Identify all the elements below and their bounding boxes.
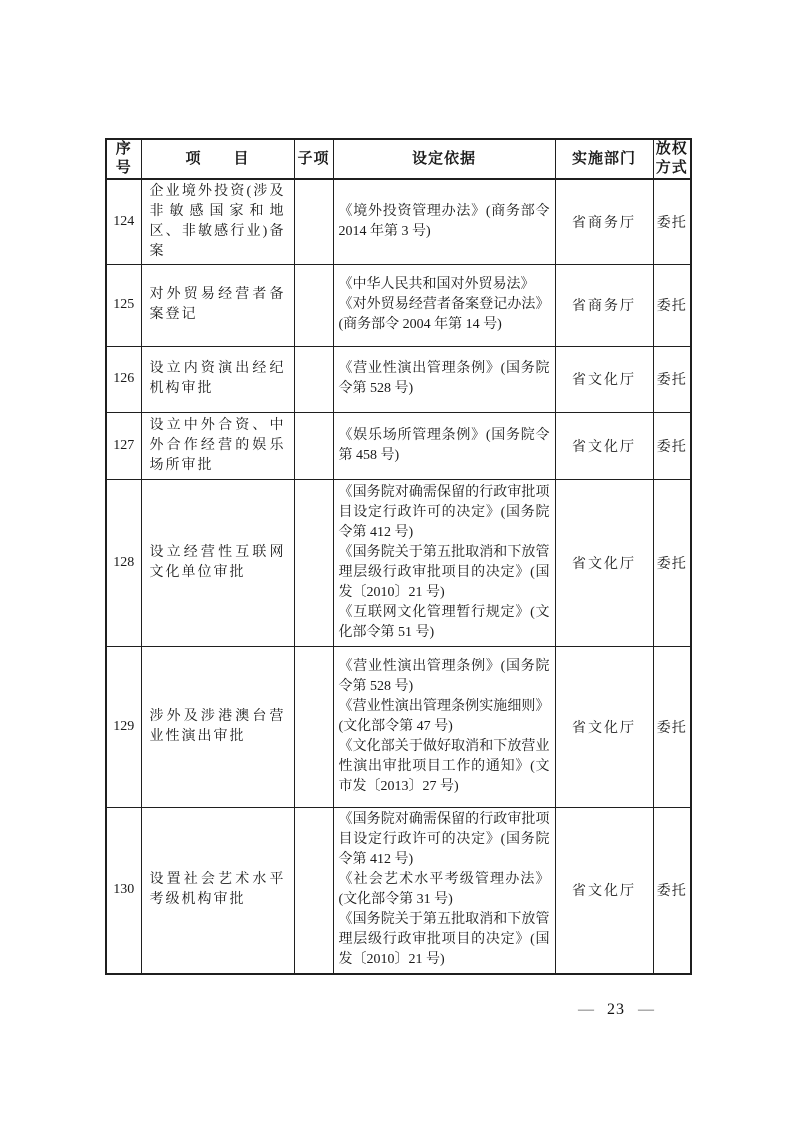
- cell-project: 涉外及涉港澳台营业性演出审批: [141, 646, 294, 807]
- basis-entry: 《营业性演出管理条例》(国务院令第 528 号): [339, 359, 550, 399]
- basis-entry: 《互联网文化管理暂行规定》(文化部令第 51 号): [339, 603, 550, 643]
- basis-entry: 《社会艺术水平考级管理办法》(文化部令第 31 号): [339, 870, 550, 910]
- table-header-row: 序号 项 目 子项 设定依据 实施部门 放权方式: [106, 139, 691, 179]
- header-subitem: 子项: [294, 139, 333, 179]
- page-number: 23: [607, 1001, 625, 1019]
- table-row: 125 对外贸易经营者备案登记 《中华人民共和国对外贸易法》 《对外贸易经营者备…: [106, 264, 691, 346]
- basis-entry: 《国务院关于第五批取消和下放管理层级行政审批项目的决定》(国发〔2010〕21 …: [339, 543, 550, 603]
- cell-department: 省文化厅: [555, 807, 653, 974]
- cell-department: 省文化厅: [555, 412, 653, 479]
- basis-entry: 《营业性演出管理条例实施细则》(文化部令第 47 号): [339, 697, 550, 737]
- cell-method: 委托: [653, 412, 691, 479]
- approval-items-table: 序号 项 目 子项 设定依据 实施部门 放权方式 124 企业境外投资(涉及非敏…: [105, 138, 692, 975]
- cell-basis: 《中华人民共和国对外贸易法》 《对外贸易经营者备案登记办法》(商务部令 2004…: [333, 264, 555, 346]
- cell-department: 省商务厅: [555, 264, 653, 346]
- cell-method: 委托: [653, 264, 691, 346]
- cell-subitem: [294, 807, 333, 974]
- cell-method: 委托: [653, 807, 691, 974]
- basis-entry: 《中华人民共和国对外贸易法》: [339, 275, 550, 295]
- cell-basis: 《娱乐场所管理条例》(国务院令第 458 号): [333, 412, 555, 479]
- table-row: 127 设立中外合资、中外合作经营的娱乐场所审批 《娱乐场所管理条例》(国务院令…: [106, 412, 691, 479]
- cell-subitem: [294, 264, 333, 346]
- cell-method: 委托: [653, 346, 691, 412]
- basis-entry: 《文化部关于做好取消和下放营业性演出审批项目工作的通知》(文市发〔2013〕27…: [339, 737, 550, 797]
- cell-method: 委托: [653, 479, 691, 646]
- cell-project: 设置社会艺术水平考级机构审批: [141, 807, 294, 974]
- cell-method: 委托: [653, 646, 691, 807]
- cell-basis: 《营业性演出管理条例》(国务院令第 528 号) 《营业性演出管理条例实施细则》…: [333, 646, 555, 807]
- basis-entry: 《娱乐场所管理条例》(国务院令第 458 号): [339, 426, 550, 466]
- footer-right-dash: —: [638, 1001, 654, 1019]
- cell-basis: 《境外投资管理办法》(商务部令 2014 年第 3 号): [333, 179, 555, 264]
- cell-project: 设立内资演出经纪机构审批: [141, 346, 294, 412]
- table-row: 130 设置社会艺术水平考级机构审批 《国务院对确需保留的行政审批项目设定行政许…: [106, 807, 691, 974]
- cell-basis: 《国务院对确需保留的行政审批项目设定行政许可的决定》(国务院令第 412 号) …: [333, 479, 555, 646]
- cell-basis: 《国务院对确需保留的行政审批项目设定行政许可的决定》(国务院令第 412 号) …: [333, 807, 555, 974]
- cell-subitem: [294, 646, 333, 807]
- cell-department: 省文化厅: [555, 479, 653, 646]
- cell-index: 124: [106, 179, 141, 264]
- cell-department: 省文化厅: [555, 646, 653, 807]
- cell-project: 企业境外投资(涉及非敏感国家和地区、非敏感行业)备案: [141, 179, 294, 264]
- page-footer: — 23 —: [578, 1001, 654, 1019]
- cell-index: 130: [106, 807, 141, 974]
- header-index: 序号: [106, 139, 141, 179]
- cell-index: 125: [106, 264, 141, 346]
- cell-index: 127: [106, 412, 141, 479]
- cell-project: 对外贸易经营者备案登记: [141, 264, 294, 346]
- table-row: 129 涉外及涉港澳台营业性演出审批 《营业性演出管理条例》(国务院令第 528…: [106, 646, 691, 807]
- footer-left-dash: —: [578, 1001, 594, 1019]
- cell-index: 126: [106, 346, 141, 412]
- table-row: 124 企业境外投资(涉及非敏感国家和地区、非敏感行业)备案 《境外投资管理办法…: [106, 179, 691, 264]
- table-row: 128 设立经营性互联网文化单位审批 《国务院对确需保留的行政审批项目设定行政许…: [106, 479, 691, 646]
- basis-entry: 《国务院对确需保留的行政审批项目设定行政许可的决定》(国务院令第 412 号): [339, 810, 550, 870]
- cell-subitem: [294, 346, 333, 412]
- cell-index: 128: [106, 479, 141, 646]
- cell-basis: 《营业性演出管理条例》(国务院令第 528 号): [333, 346, 555, 412]
- basis-entry: 《国务院对确需保留的行政审批项目设定行政许可的决定》(国务院令第 412 号): [339, 483, 550, 543]
- basis-entry: 《营业性演出管理条例》(国务院令第 528 号): [339, 657, 550, 697]
- table-row: 126 设立内资演出经纪机构审批 《营业性演出管理条例》(国务院令第 528 号…: [106, 346, 691, 412]
- basis-entry: 《对外贸易经营者备案登记办法》(商务部令 2004 年第 14 号): [339, 295, 550, 335]
- cell-subitem: [294, 479, 333, 646]
- cell-method: 委托: [653, 179, 691, 264]
- header-department: 实施部门: [555, 139, 653, 179]
- header-method: 放权方式: [653, 139, 691, 179]
- cell-index: 129: [106, 646, 141, 807]
- basis-entry: 《国务院关于第五批取消和下放管理层级行政审批项目的决定》(国发〔2010〕21 …: [339, 910, 550, 970]
- cell-project: 设立中外合资、中外合作经营的娱乐场所审批: [141, 412, 294, 479]
- header-project: 项 目: [141, 139, 294, 179]
- cell-department: 省文化厅: [555, 346, 653, 412]
- basis-entry: 《境外投资管理办法》(商务部令 2014 年第 3 号): [339, 202, 550, 242]
- cell-project: 设立经营性互联网文化单位审批: [141, 479, 294, 646]
- cell-department: 省商务厅: [555, 179, 653, 264]
- header-basis: 设定依据: [333, 139, 555, 179]
- cell-subitem: [294, 179, 333, 264]
- cell-subitem: [294, 412, 333, 479]
